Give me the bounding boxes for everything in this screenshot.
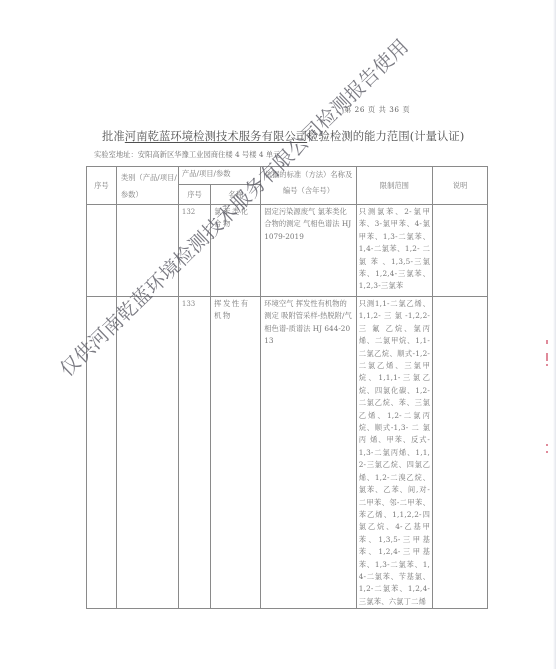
header-product-name: 名称 bbox=[211, 185, 261, 205]
page-number: 第 26 页 共 36 页 bbox=[344, 105, 410, 115]
header-category: 类别（产品/项目/参数） bbox=[116, 167, 178, 205]
row-note bbox=[433, 205, 488, 297]
page-title: 批准河南乾蓝环境检测技术服务有限公司检验检测的能力范围(计量认证) bbox=[102, 128, 464, 144]
row-product-seq: 132 bbox=[178, 205, 210, 297]
title-prefix: 批准 bbox=[102, 130, 125, 143]
row-product-name: 氯苯类化合物 bbox=[211, 205, 261, 297]
row-limit: 只测1,1-二氯乙烯、1,1,2-三氯-1,2,2- 三 氟 乙烷、氯丙烯、二氯… bbox=[356, 297, 432, 609]
header-product-seq: 序号 bbox=[178, 185, 210, 205]
title-suffix: 检验检测的能力范围(计量认证) bbox=[307, 130, 464, 143]
header-limit: 限制范围 bbox=[356, 167, 432, 205]
title-company: 河南乾蓝环境检测技术服务有限公司 bbox=[125, 130, 307, 143]
table-row: 132 氯苯类化合物 固定污染源废气 氯苯类化合物的测定 气相色谱法 HJ 10… bbox=[87, 205, 488, 297]
row-seq bbox=[87, 297, 117, 609]
row-standard: 环境空气 挥发性有机物的测定 吸附管采样-热脱附/气相色谱-质谱法 HJ 644… bbox=[261, 297, 356, 609]
row-limit: 只测氯苯、2-氯甲苯、3-氯甲苯、4-氯甲苯、1,3-二氯苯、1,4-二氯苯、1… bbox=[356, 205, 432, 297]
row-note bbox=[433, 297, 488, 609]
table-row: 133 挥发性有机物 环境空气 挥发性有机物的测定 吸附管采样-热脱附/气相色谱… bbox=[87, 297, 488, 609]
row-product-seq: 133 bbox=[178, 297, 210, 609]
row-product-name: 挥发性有机物 bbox=[211, 297, 261, 609]
header-note: 说明 bbox=[433, 167, 488, 205]
row-seq bbox=[87, 205, 117, 297]
header-product-group: 产品/项目/参数 bbox=[178, 167, 260, 185]
header-standard: 依据的标准（方法）名称及编号（含年号） bbox=[261, 167, 356, 205]
row-category bbox=[116, 205, 178, 297]
row-category bbox=[116, 297, 178, 609]
row-standard: 固定污染源废气 氯苯类化合物的测定 气相色谱法 HJ 1079-2019 bbox=[261, 205, 356, 297]
lab-address: 实验室地址：安阳高新区华豫工业园商住楼 4 号楼 4 单元 bbox=[94, 150, 280, 160]
capability-scope-table: 序号 类别（产品/项目/参数） 产品/项目/参数 依据的标准（方法）名称及编号（… bbox=[86, 166, 488, 609]
header-seq: 序号 bbox=[87, 167, 117, 205]
